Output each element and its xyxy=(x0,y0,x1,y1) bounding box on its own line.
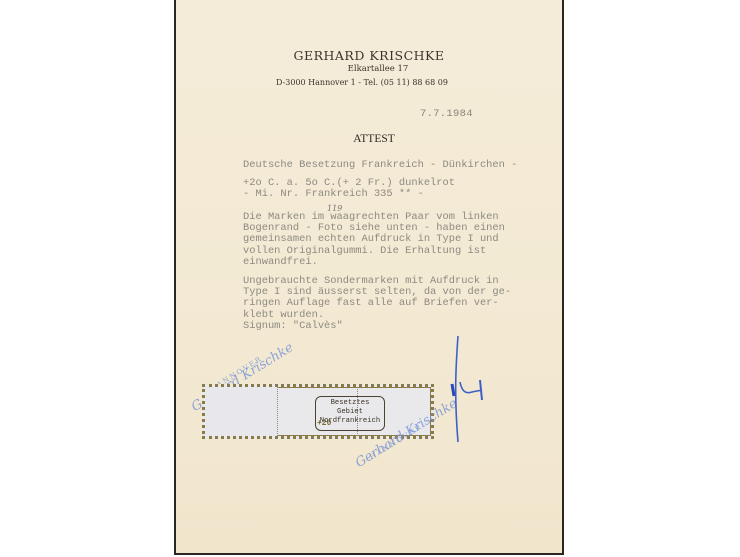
document-title: ATTEST xyxy=(186,133,562,145)
body-signum: Signum: "Calvès" xyxy=(243,321,343,332)
body-paragraph-condition: Die Marken im waagrechten Paar vom linke… xyxy=(243,212,505,268)
body-line-occupation: Deutsche Besetzung Frankreich - Dünkirch… xyxy=(243,160,517,171)
letterhead-street: Elkartallee 17 xyxy=(194,64,562,74)
overprint-text: Besetztes Gebiet Nordfrankreich xyxy=(320,399,380,425)
handwritten-signature-icon xyxy=(436,334,496,444)
attest-document: GERHARD KRISCHKE Elkartallee 17 D-3000 H… xyxy=(174,0,564,555)
body-stamp-description: +2o C. a. 5o C.(+ 2 Fr.) dunkelrot - Mi.… xyxy=(243,178,455,200)
stamp-overprint: Besetztes Gebiet Nordfrankreich xyxy=(315,396,385,431)
letterhead-address-phone: D-3000 Hannover 1 - Tel. (05 11) 88 68 0… xyxy=(162,78,562,87)
body-paragraph-rarity: Ungebrauchte Sondermarken mit Aufdruck i… xyxy=(243,276,511,321)
document-date: 7.7.1984 xyxy=(420,108,473,120)
perforation-line xyxy=(277,387,278,436)
sheet-margin xyxy=(205,387,277,436)
letterhead-name: GERHARD KRISCHKE xyxy=(176,48,562,63)
